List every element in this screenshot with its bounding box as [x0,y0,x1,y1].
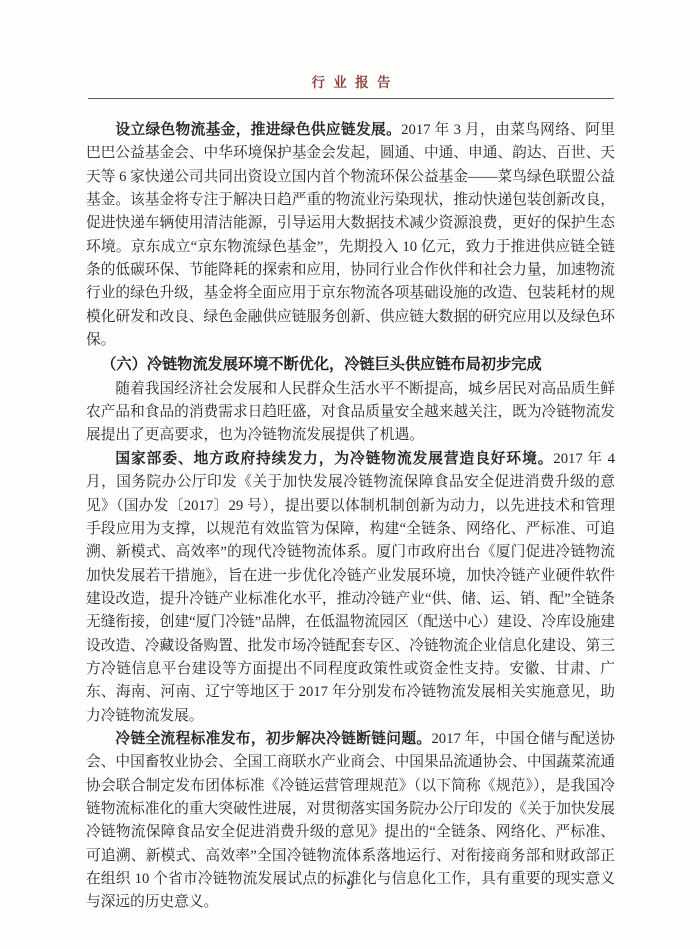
paragraph-green-fund: 设立绿色物流基金，推进绿色供应链发展。2017 年 3 月，由菜鸟网络、阿里巴巴… [86,119,615,352]
paragraph-lead: 国家部委、地方政府持续发力，为冷链物流发展营造良好环境。 [115,451,553,467]
page-number: · 9 · [0,877,700,893]
paragraph-text: 随着我国经济社会发展和人民群众生活水平不断提高，城乡居民对高品质生鲜农产品和食品… [86,381,615,444]
paragraph-lead: 冷链全流程标准发布，初步解决冷链断链问题。 [115,731,431,747]
paragraph-government-policy: 国家部委、地方政府持续发力，为冷链物流发展营造良好环境。2017 年 4 月，国… [86,448,615,728]
document-page: 行业报告 设立绿色物流基金，推进绿色供应链发展。2017 年 3 月，由菜鸟网络… [0,0,700,949]
header-divider [88,98,614,99]
paragraph-text: 2017 年 3 月，由菜鸟网络、阿里巴巴公益基金会、中华环境保护基金会发起，圆… [86,122,615,348]
section-heading-6: （六）冷链物流发展环境不断优化，冷链巨头供应链布局初步完成 [86,353,615,376]
paragraph-lead: 设立绿色物流基金，推进绿色供应链发展。 [115,122,401,138]
paragraph-text: 2017 年 4 月，国务院办公厅印发《关于加快发展冷链物流保障食品安全促进消费… [86,451,615,724]
document-body: 设立绿色物流基金，推进绿色供应链发展。2017 年 3 月，由菜鸟网络、阿里巴巴… [86,119,615,915]
page-header: 行业报告 [88,0,614,99]
paragraph-coldchain-intro: 随着我国经济社会发展和人民群众生活水平不断提高，城乡居民对高品质生鲜农产品和食品… [86,378,615,448]
running-head-title: 行业报告 [88,0,614,91]
